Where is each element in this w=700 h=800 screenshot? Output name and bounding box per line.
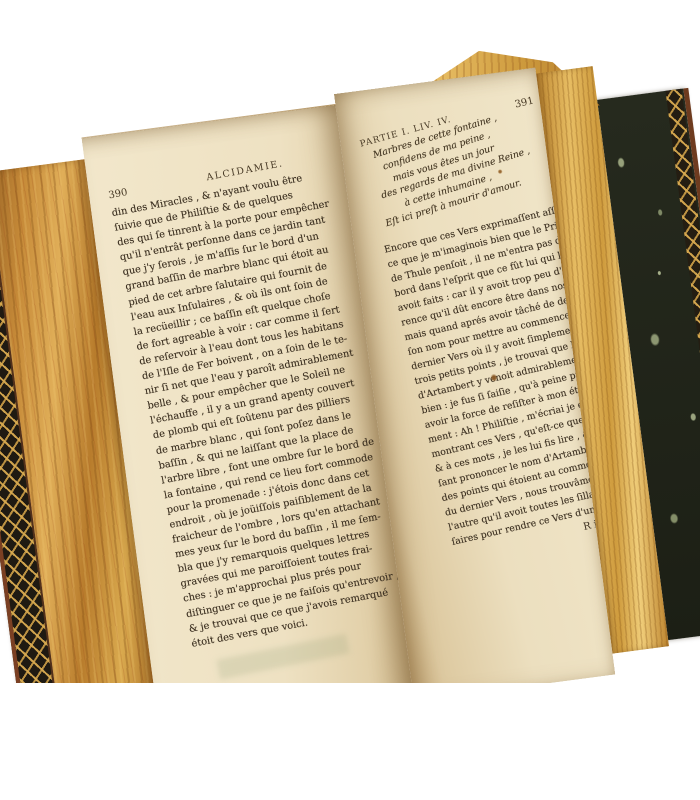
- open-book: 390 ALCIDAMIE. din des Miracles , & n'ay…: [0, 58, 700, 683]
- right-board-gilt-tooling: [665, 89, 700, 631]
- book-photo: 390 ALCIDAMIE. din des Miracles , & n'ay…: [0, 0, 700, 683]
- left-page-number: 390: [108, 187, 129, 201]
